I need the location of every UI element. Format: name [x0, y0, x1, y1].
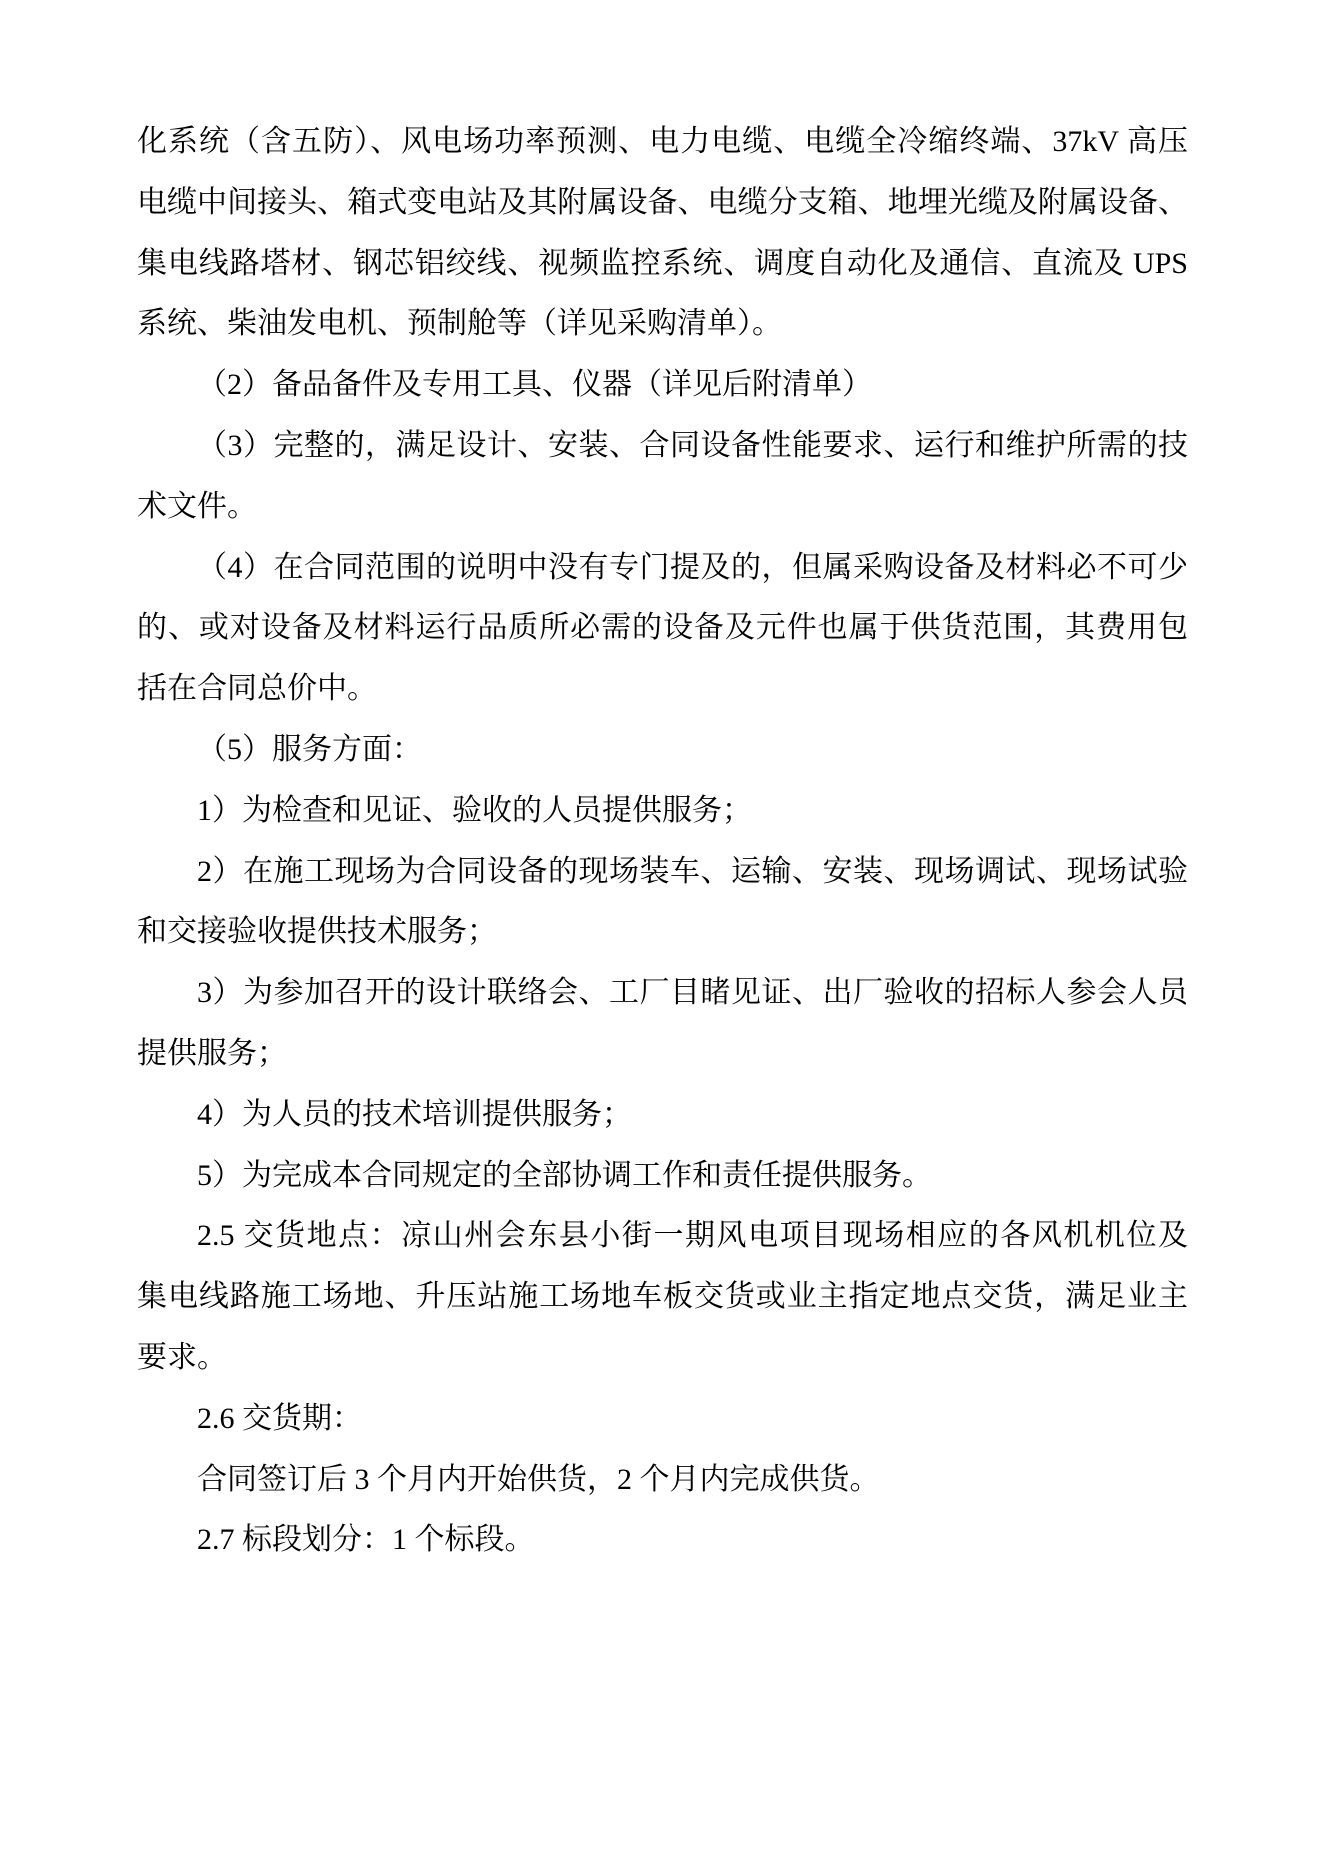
text-line: 2.7 标段划分：1 个标段。	[137, 1510, 1188, 1571]
text-line: 电缆中间接头、箱式变电站及其附属设备、电缆分支箱、地埋光缆及附属设备、	[137, 173, 1188, 234]
text-line: 要求。	[137, 1328, 1188, 1389]
document-page: 化系统（含五防）、风电场功率预测、电力电缆、电缆全冷缩终端、37kV 高压电缆中…	[0, 0, 1323, 1871]
text-line: 合同签订后 3 个月内开始供货，2 个月内完成供货。	[137, 1450, 1188, 1511]
text-line: 集电线路塔材、钢芯铝绞线、视频监控系统、调度自动化及通信、直流及 UPS	[137, 234, 1188, 295]
text-line: 化系统（含五防）、风电场功率预测、电力电缆、电缆全冷缩终端、37kV 高压	[137, 112, 1188, 173]
text-line: 2.6 交货期：	[137, 1389, 1188, 1450]
text-line: （3）完整的，满足设计、安装、合同设备性能要求、运行和维护所需的技	[137, 416, 1188, 477]
text-line: 4）为人员的技术培训提供服务；	[137, 1085, 1188, 1146]
text-line: 括在合同总价中。	[137, 659, 1188, 720]
text-line: （4）在合同范围的说明中没有专门提及的，但属采购设备及材料必不可少	[137, 538, 1188, 599]
text-line: （2）备品备件及专用工具、仪器（详见后附清单）	[137, 355, 1188, 416]
text-line: 1）为检查和见证、验收的人员提供服务；	[137, 781, 1188, 842]
text-line: （5）服务方面：	[137, 720, 1188, 781]
text-line: 2）在施工现场为合同设备的现场装车、运输、安装、现场调试、现场试验	[137, 842, 1188, 903]
text-line: 系统、柴油发电机、预制舱等（详见采购清单）。	[137, 294, 1188, 355]
text-line: 提供服务；	[137, 1024, 1188, 1085]
text-line: 2.5 交货地点：凉山州会东县小街一期风电项目现场相应的各风机机位及	[137, 1206, 1188, 1267]
text-line: 3）为参加召开的设计联络会、工厂目睹见证、出厂验收的招标人参会人员	[137, 963, 1188, 1024]
text-line: 集电线路施工场地、升压站施工场地车板交货或业主指定地点交货，满足业主	[137, 1267, 1188, 1328]
text-line: 和交接验收提供技术服务；	[137, 902, 1188, 963]
document-body: 化系统（含五防）、风电场功率预测、电力电缆、电缆全冷缩终端、37kV 高压电缆中…	[137, 112, 1188, 1571]
text-line: 的、或对设备及材料运行品质所必需的设备及元件也属于供货范围，其费用包	[137, 598, 1188, 659]
text-line: 术文件。	[137, 477, 1188, 538]
text-line: 5）为完成本合同规定的全部协调工作和责任提供服务。	[137, 1146, 1188, 1207]
